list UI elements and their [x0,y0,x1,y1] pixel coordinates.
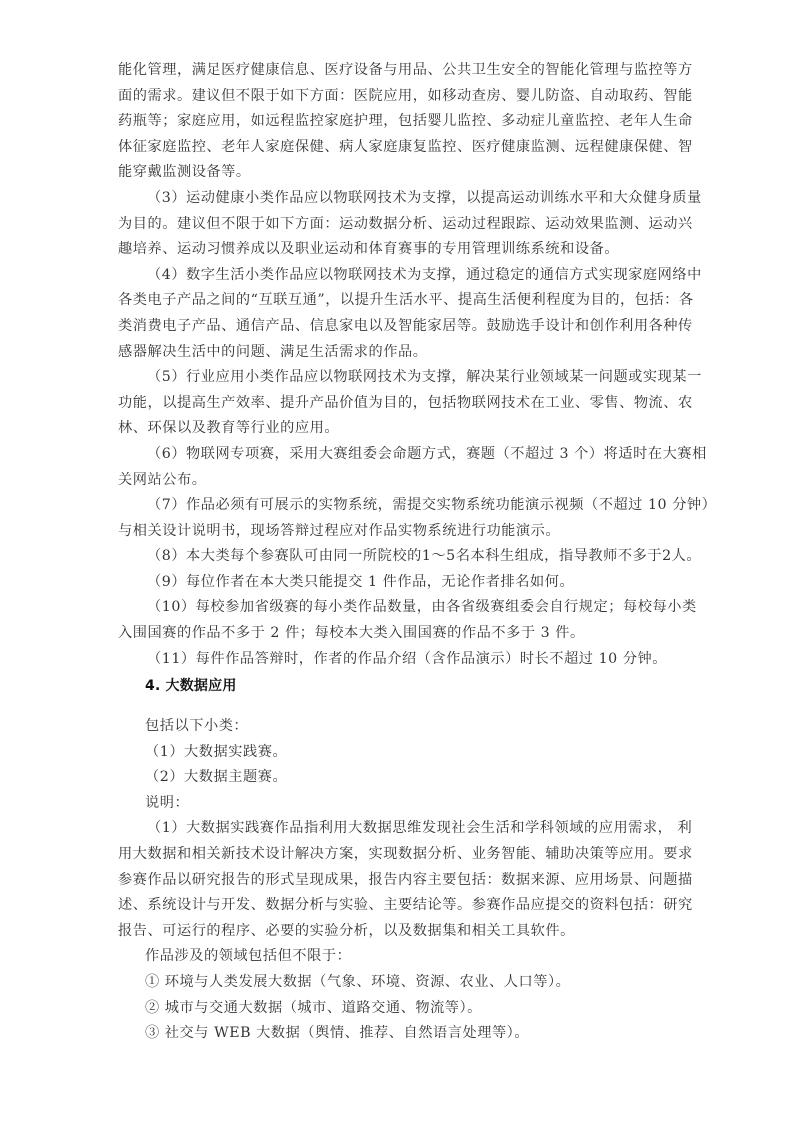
text-line: 能化管理，满足医疗健康信息、医疗设备与用品、公共卫生安全的智能化管理与监控等方 [118,58,674,84]
text-line: 参赛作品以研究报告的形式呈现成果，报告内容主要包括：数据来源、应用场景、问题描 [118,868,674,894]
text-line: 为目的。建议但不限于如下方面：运动数据分析、运动过程跟踪、运动效果监测、运动兴 [118,212,674,238]
text-line: 感器解决生活中的问题、满足生活需求的作品。 [118,340,674,366]
paragraph-item-6-iot-special: （6）物联网专项赛，采用大赛组委会命题方式，赛题（不超过 3 个）将适时在大赛相… [118,442,674,493]
notes-label: 说明： [118,791,674,817]
text-line: 类消费电子产品、通信产品、信息家电以及智能家居等。鼓励选手设计和创作利用各种传 [118,314,674,340]
text-line: 面的需求。建议但不限于如下方面：医院应用，如移动查房、婴儿防盗、自动取药、智能 [118,84,674,110]
paragraph-item-3-sports-health: （3）运动健康小类作品应以物联网技术为支撑，以提高运动训练水平和大众健身质量 为… [118,186,674,263]
domain-item: ① 环境与人类发展大数据（气象、环境、资源、农业、人口等）。 [118,970,674,996]
domains-intro: 作品涉及的领域包括但不限于： [118,944,674,970]
domain-item: ③ 社交与 WEB 大数据（舆情、推荐、自然语言处理等）。 [118,1021,674,1047]
document-page-body: 能化管理，满足医疗健康信息、医疗设备与用品、公共卫生安全的智能化管理与监控等方 … [118,58,674,672]
text-line: （11）每件作品答辩时，作者的作品介绍（含作品演示）时长不超过 10 分钟。 [118,647,674,673]
paragraph-item-4-digital-life: （4）数字生活小类作品应以物联网技术为支撑，通过稳定的通信方式实现家庭网络中 各… [118,263,674,365]
text-line: 报告、可运行的程序、必要的实验分析，以及数据集和相关工具软件。 [118,919,674,945]
text-line: （7）作品必须有可展示的实物系统，需提交实物系统功能演示视频（不超过 10 分钟… [118,493,674,519]
text-line: 各类电子产品之间的“互联互通”，以提升生活水平、提高生活便利程度为目的，包括：各 [118,288,674,314]
text-line: （9）每位作者在本大类只能提交 1 件作品，无论作者排名如何。 [118,570,674,596]
paragraph-item-11-defense-time: （11）每件作品答辩时，作者的作品介绍（含作品演示）时长不超过 10 分钟。 [118,647,674,673]
text-line: 能穿戴监测设备等。 [118,160,674,186]
section-heading-big-data: 4. 大数据应用 [145,675,237,697]
text-line: 体征家庭监控、老年人家庭保健、病人家庭康复监控、医疗健康监测、远程健康保健、智 [118,135,674,161]
subcategory-item: （2）大数据主题赛。 [118,765,674,791]
text-line: （5）行业应用小类作品应以物联网技术为支撑，解决某行业领域某一问题或实现某一 [118,365,674,391]
text-line: （6）物联网专项赛，采用大赛组委会命题方式，赛题（不超过 3 个）将适时在大赛相 [118,442,674,468]
domain-item: ② 城市与交通大数据（城市、道路交通、物流等）。 [118,996,674,1022]
text-line: （8）本大类每个参赛队可由同一所院校的1～5名本科生组成，指导教师不多于2人。 [118,544,674,570]
section-big-data-body: 包括以下小类： （1）大数据实践赛。 （2）大数据主题赛。 说明： （1）大数据… [118,714,674,1047]
paragraph-item-7-physical-system: （7）作品必须有可展示的实物系统，需提交实物系统功能演示视频（不超过 10 分钟… [118,493,674,544]
paragraph-item-5-industry-application: （5）行业应用小类作品应以物联网技术为支撑，解决某行业领域某一问题或实现某一 功… [118,365,674,442]
paragraph-item-9-submission-limit: （9）每位作者在本大类只能提交 1 件作品，无论作者排名如何。 [118,570,674,596]
subcategory-item: （1）大数据实践赛。 [118,740,674,766]
paragraph-health-tail: 能化管理，满足医疗健康信息、医疗设备与用品、公共卫生安全的智能化管理与监控等方 … [118,58,674,186]
intro-text: 包括以下小类： [118,714,674,740]
paragraph-note-1-practice: （1）大数据实践赛作品指利用大数据思维发现社会生活和学科领域的应用需求， 利 用… [118,816,674,944]
text-line: 功能，以提高生产效率、提升产品价值为目的，包括物联网技术在工业、零售、物流、农 [118,391,674,417]
paragraph-item-8-team-size: （8）本大类每个参赛队可由同一所院校的1～5名本科生组成，指导教师不多于2人。 [118,544,674,570]
text-line: （10）每校参加省级赛的每小类作品数量，由各省级赛组委会自行规定；每校每小类 [118,595,674,621]
text-line: （4）数字生活小类作品应以物联网技术为支撑，通过稳定的通信方式实现家庭网络中 [118,263,674,289]
text-line: 与相关设计说明书，现场答辩过程应对作品实物系统进行功能演示。 [118,519,674,545]
text-line: 林、环保以及教育等行业的应用。 [118,416,674,442]
text-line: （3）运动健康小类作品应以物联网技术为支撑，以提高运动训练水平和大众健身质量 [118,186,674,212]
paragraph-item-10-quota: （10）每校参加省级赛的每小类作品数量，由各省级赛组委会自行规定；每校每小类 入… [118,595,674,646]
text-line: 药瓶等；家庭应用，如远程监控家庭护理，包括婴儿监控、多动症儿童监控、老年人生命 [118,109,674,135]
text-line: 入围国赛的作品不多于 2 件；每校本大类入围国赛的作品不多于 3 件。 [118,621,674,647]
text-line: 述、系统设计与开发、数据分析与实验、主要结论等。参赛作品应提交的资料包括：研究 [118,893,674,919]
text-line: 用大数据和相关新技术设计解决方案，实现数据分析、业务智能、辅助决策等应用。要求 [118,842,674,868]
text-line: 趣培养、运动习惯养成以及职业运动和体育赛事的专用管理训练系统和设备。 [118,237,674,263]
text-line: 关网站公布。 [118,468,674,494]
text-line: （1）大数据实践赛作品指利用大数据思维发现社会生活和学科领域的应用需求， 利 [118,816,674,842]
